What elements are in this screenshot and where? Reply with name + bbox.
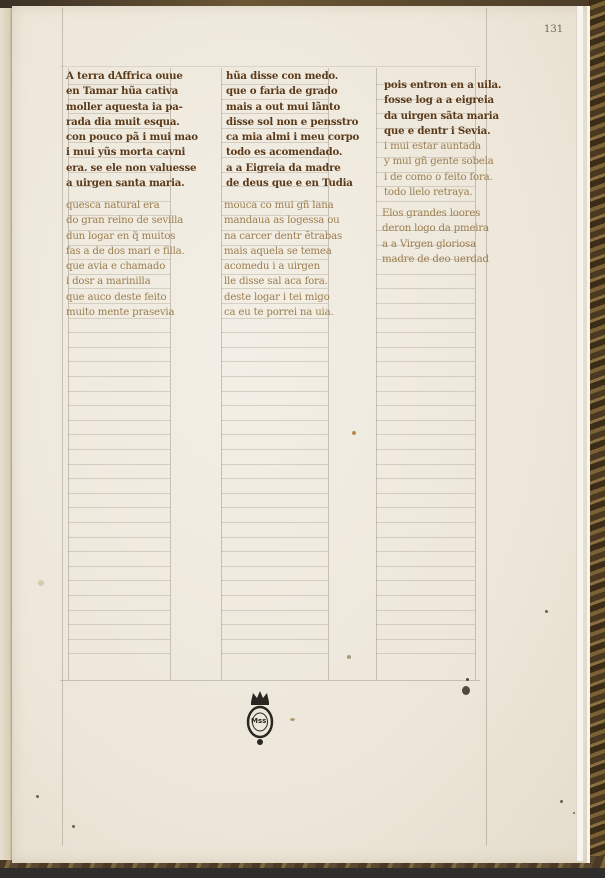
ruling-line	[376, 332, 475, 333]
ruling-line	[221, 595, 328, 596]
ruling-line	[68, 624, 170, 625]
text-line: mais aquela se temea	[224, 244, 342, 259]
column-rule-3a	[376, 68, 377, 680]
text-line: pois entron en a uila.	[384, 78, 501, 93]
ruling-line	[376, 303, 475, 304]
column-3-lower: Elos grandes loores deron logo da pmeira…	[382, 206, 489, 267]
bottom-rule	[60, 680, 480, 681]
ruling-line	[376, 522, 475, 523]
folio-number: 131	[544, 24, 563, 35]
text-line: ca eu te porrei na uia.	[224, 305, 342, 320]
stain-speck	[352, 431, 356, 435]
text-line: i de como o feito fora.	[384, 170, 501, 185]
ruling-line	[376, 624, 475, 625]
text-line: era. se ele non valuesse	[66, 161, 198, 176]
column-2-upper: hũa disse con medo. que o faria de grado…	[226, 69, 359, 191]
ruling-line	[376, 449, 475, 450]
stain-speck	[573, 812, 575, 814]
ruling-line	[68, 464, 170, 465]
library-stamp: Mss	[244, 688, 276, 752]
text-line: que avia e chamado	[66, 259, 185, 274]
ruling-line	[221, 347, 328, 348]
ruling-line	[376, 376, 475, 377]
ruling-line	[376, 347, 475, 348]
ruling-line	[221, 420, 328, 421]
text-line: deron logo da pmeira	[382, 221, 489, 236]
ruling-line	[221, 464, 328, 465]
text-line: i mui estar auntada	[384, 139, 501, 154]
ruling-line	[376, 318, 475, 319]
column-rule-2a	[221, 68, 222, 680]
text-line: A terra dAffrica ouue	[66, 69, 198, 84]
stain-speck	[347, 655, 351, 659]
text-line: todo llelo retraya.	[384, 185, 501, 200]
ruling-line	[376, 288, 475, 289]
text-line: mais a out mui lãnto	[226, 100, 359, 115]
text-line: que auco deste feito	[66, 290, 185, 305]
column-2-lower: mouca co mui gñ lana mandaua as logessa …	[224, 198, 342, 320]
ruling-line	[68, 551, 170, 552]
background-strip	[0, 868, 605, 878]
ruling-line	[376, 434, 475, 435]
text-line: na carcer dentr ẽtrabas	[224, 229, 342, 244]
ruling-line	[376, 566, 475, 567]
ruling-line	[376, 551, 475, 552]
stain-speck	[36, 795, 39, 798]
ruling-line	[221, 332, 328, 333]
ruling-line	[68, 478, 170, 479]
text-line: acomedu i a uirgen	[224, 259, 342, 274]
text-line: de deus que e en Tudia	[226, 176, 359, 191]
ruling-line	[221, 653, 328, 654]
ruling-line	[221, 376, 328, 377]
ruling-line	[221, 624, 328, 625]
top-rule	[60, 66, 480, 67]
ruling-line	[376, 420, 475, 421]
ruling-line	[68, 391, 170, 392]
ruling-line	[68, 420, 170, 421]
text-line: da uirgen sãta maria	[384, 109, 501, 124]
ruling-line	[68, 361, 170, 362]
ruling-line	[68, 566, 170, 567]
ruling-line	[221, 639, 328, 640]
ruling-line	[68, 376, 170, 377]
text-line: disse sol non e pensstro	[226, 115, 359, 130]
ruling-line	[68, 522, 170, 523]
text-line: todo es acomendado.	[226, 145, 359, 160]
ruling-line	[68, 493, 170, 494]
text-line: ca mia almi i meu corpo	[226, 130, 359, 145]
stain-speck	[462, 686, 470, 695]
binding-right-edge	[589, 0, 605, 878]
ruling-line	[221, 610, 328, 611]
text-line: muito mente prasevia	[66, 305, 185, 320]
stain-speck	[466, 678, 469, 681]
ruling-line	[376, 361, 475, 362]
text-line: quesca natural era	[66, 198, 185, 213]
ruling-line	[376, 580, 475, 581]
ruling-line	[221, 449, 328, 450]
ruling-line	[221, 361, 328, 362]
ruling-line	[221, 493, 328, 494]
text-line: madre de deo uerdad	[382, 252, 489, 267]
text-line: y mui gñ gente sobela	[384, 154, 501, 169]
text-line: en Tamar hũa cativa	[66, 84, 198, 99]
text-line: moller aquesta ia pa-	[66, 100, 198, 115]
ruling-line	[221, 478, 328, 479]
text-line: i dosr a marinilla	[66, 274, 185, 289]
text-line: dun logar en q̃ muitos	[66, 229, 185, 244]
ruling-line	[68, 332, 170, 333]
ruling-line	[376, 507, 475, 508]
ruling-line	[376, 391, 475, 392]
ruling-line	[221, 580, 328, 581]
text-line: hũa disse con medo.	[226, 69, 359, 84]
text-line: a a Virgen gloriosa	[382, 237, 489, 252]
page-fore-edge	[576, 6, 583, 861]
ruling-line	[376, 595, 475, 596]
text-line: do gran reino de sevilla	[66, 213, 185, 228]
ruling-line	[68, 537, 170, 538]
text-line: i mui yũs morta cavni	[66, 145, 198, 160]
ruling-line	[376, 464, 475, 465]
text-line: rada dia muit esqua.	[66, 115, 198, 130]
ruling-line	[221, 507, 328, 508]
ruling-line	[68, 610, 170, 611]
text-line: mandaua as logessa ou	[224, 213, 342, 228]
text-line: Elos grandes loores	[382, 206, 489, 221]
column-3-upper: pois entron en a uila. fosse log a a eig…	[384, 78, 501, 200]
ruling-line	[68, 347, 170, 348]
ruling-line	[68, 405, 170, 406]
text-line: con pouco pã i mui mao	[66, 130, 198, 145]
stain-speck	[72, 825, 75, 828]
ruling-line	[376, 201, 475, 202]
ruling-line	[68, 434, 170, 435]
ruling-line	[68, 653, 170, 654]
ruling-line	[221, 405, 328, 406]
stamp-label: Mss	[251, 717, 266, 725]
ruling-line	[68, 580, 170, 581]
text-line: que o faria de grado	[226, 84, 359, 99]
ruling-line	[68, 507, 170, 508]
ruling-line	[221, 551, 328, 552]
text-line: a uirgen santa maria.	[66, 176, 198, 191]
ruling-line	[376, 274, 475, 275]
ruling-line	[376, 653, 475, 654]
ruling-line	[68, 595, 170, 596]
ruling-line	[221, 391, 328, 392]
ruling-line	[376, 537, 475, 538]
ruling-line	[376, 639, 475, 640]
ruling-line	[68, 639, 170, 640]
stain-speck	[560, 800, 563, 803]
ruling-line	[221, 434, 328, 435]
ruling-line	[376, 493, 475, 494]
ruling-line	[221, 537, 328, 538]
text-line: que e dentr i Sevia.	[384, 124, 501, 139]
text-line: a a Eigreia da madre	[226, 161, 359, 176]
text-line: fosse log a a eigreia	[384, 93, 501, 108]
text-line: fas a de dos mari e filla.	[66, 244, 185, 259]
ruling-line	[221, 522, 328, 523]
stain-speck	[545, 610, 548, 613]
text-line: mouca co mui gñ lana	[224, 198, 342, 213]
ruling-line	[376, 405, 475, 406]
ruling-line	[376, 610, 475, 611]
ruling-line	[68, 449, 170, 450]
text-line: deste logar i tei migo	[224, 290, 342, 305]
column-1-upper: A terra dAffrica ouue en Tamar hũa cativ…	[66, 69, 198, 191]
stain-speck	[38, 580, 44, 586]
stain-speck	[290, 718, 295, 721]
text-line: lle disse sal aca fora.	[224, 274, 342, 289]
ruling-line	[221, 566, 328, 567]
ruling-line	[376, 478, 475, 479]
column-1-lower: quesca natural era do gran reino de sevi…	[66, 198, 185, 320]
margin-rule-left	[62, 8, 63, 846]
